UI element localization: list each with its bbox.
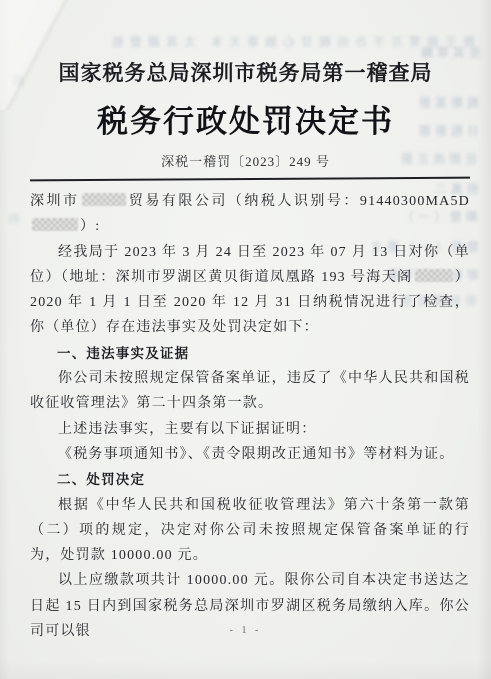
section-heading-facts-evidence: 一、违法事实及证据 bbox=[30, 341, 470, 366]
addressee-suffix: ）: bbox=[80, 219, 100, 234]
document-title: 税务行政处罚决定书 bbox=[0, 96, 491, 141]
paragraph-inspection-scope: 经我局于 2023 年 3 月 24 日至 2023 年 07 月 13 日对你… bbox=[30, 240, 470, 341]
addressee-prefix: 深圳市 bbox=[30, 194, 80, 209]
paragraph-evidence-intro: 上述违法事实，主要有以下证据证明： bbox=[30, 417, 470, 442]
paragraph-penalty-amount: 根据《中华人民共和国税收征收管理法》第六十条第一款第（二）项的规定，决定对你公司… bbox=[30, 493, 470, 569]
addressee-taxid-text: 贸易有限公司（纳税人识别号：91440300MA5D bbox=[128, 194, 470, 209]
page-number: - 1 - bbox=[0, 625, 491, 636]
document-header: 国家税务总局深圳市税务局第一稽查局 税务行政处罚决定书 深税一稽罚〔2023〕2… bbox=[0, 0, 491, 170]
section-heading-penalty-decision: 二、处罚决定 bbox=[30, 467, 470, 492]
paragraph-violation: 你公司未按照规定保管备案单证，违反了《中华人民共和国税收征收管理法》第二十四条第… bbox=[30, 366, 470, 417]
header-divider bbox=[30, 177, 470, 182]
addressee-line: 深圳市贸易有限公司（纳税人识别号：91440300MA5D）: bbox=[30, 189, 470, 240]
redaction-taxpayer-id bbox=[32, 218, 78, 231]
document-number: 深税一稽罚〔2023〕249 号 bbox=[0, 151, 491, 170]
inspection-text-before-redaction: 经我局于 2023 年 3 月 24 日至 2023 年 07 月 13 日对你… bbox=[30, 245, 470, 285]
paragraph-evidence-list: 《税务事项通知书》、《责令限期改正通知书》等材料为证。 bbox=[30, 442, 470, 467]
redaction-company-name bbox=[82, 193, 126, 206]
document-body: 深圳市贸易有限公司（纳税人识别号：91440300MA5D）: 经我局于 202… bbox=[30, 189, 470, 644]
bleedthrough-text: 相 bbox=[4, 210, 20, 227]
scanned-document-page: 既王独茸万不办出税甘心独草天本 太其湖登祖 至其草睡 税斯某册 日租册那 任即改… bbox=[0, 0, 491, 679]
issuing-authority: 国家税务总局深圳市税务局第一稽查局 bbox=[0, 57, 491, 87]
redaction-address-unit bbox=[415, 269, 453, 282]
